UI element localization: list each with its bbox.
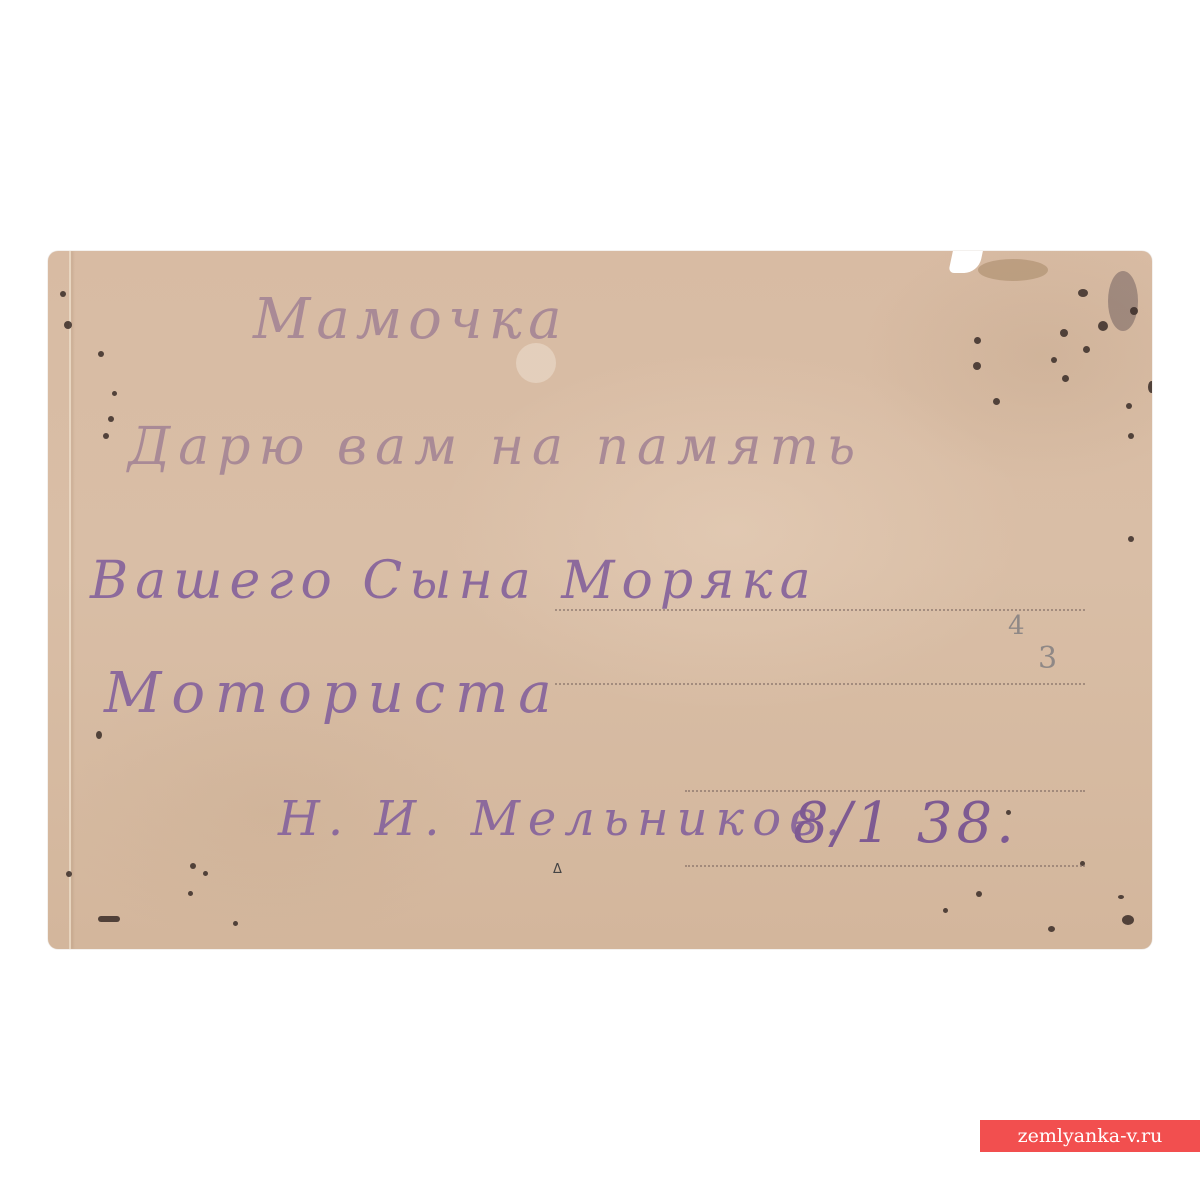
spot bbox=[1130, 307, 1138, 315]
edge-fold bbox=[69, 251, 71, 949]
watermark-badge: zemlyanka-v.ru bbox=[980, 1120, 1200, 1152]
spot bbox=[96, 731, 102, 739]
handwriting-line-2: Дарю вам на память bbox=[128, 417, 863, 477]
pencil-mark: 4 bbox=[1008, 611, 1031, 641]
spot bbox=[1062, 375, 1069, 382]
dotted-line bbox=[685, 865, 1085, 867]
spot bbox=[1078, 289, 1088, 297]
spot bbox=[993, 398, 1000, 405]
spot bbox=[1148, 381, 1152, 393]
spot bbox=[1051, 357, 1057, 363]
spot bbox=[1122, 915, 1134, 925]
spot bbox=[112, 391, 117, 396]
spot bbox=[108, 416, 114, 422]
printed-triangle-mark: Δ bbox=[553, 862, 562, 877]
dotted-line bbox=[555, 683, 1085, 685]
spot bbox=[1083, 346, 1090, 353]
spot bbox=[1048, 926, 1055, 932]
spot bbox=[103, 433, 109, 439]
spot bbox=[1128, 433, 1134, 439]
pencil-mark: 3 bbox=[1038, 641, 1063, 676]
spot bbox=[66, 871, 72, 877]
spot bbox=[98, 351, 104, 357]
spot bbox=[64, 321, 72, 329]
stain bbox=[978, 259, 1048, 281]
spot bbox=[974, 337, 981, 344]
spot bbox=[1118, 895, 1124, 899]
handwriting-line-4: Моториста bbox=[104, 661, 562, 726]
spot bbox=[188, 891, 193, 896]
handwriting-signature: Н. И. Мельников. bbox=[278, 791, 848, 847]
spot bbox=[973, 362, 981, 370]
spot bbox=[190, 863, 196, 869]
spot bbox=[943, 908, 948, 913]
postcard: Мамочка Дарю вам на память Вашего Сына М… bbox=[48, 251, 1152, 949]
spot bbox=[1126, 403, 1132, 409]
spot bbox=[1098, 321, 1108, 331]
handwriting-line-3: Вашего Сына Моряка bbox=[90, 551, 818, 611]
handwriting-line-1: Мамочка bbox=[253, 287, 568, 352]
spot bbox=[233, 921, 238, 926]
stain bbox=[1108, 271, 1138, 331]
spot bbox=[976, 891, 982, 897]
handwriting-date: 8/1 38. bbox=[793, 791, 1018, 856]
spot bbox=[98, 916, 120, 922]
spot bbox=[1128, 536, 1134, 542]
spot bbox=[60, 291, 66, 297]
spot bbox=[1060, 329, 1068, 337]
spot bbox=[203, 871, 208, 876]
